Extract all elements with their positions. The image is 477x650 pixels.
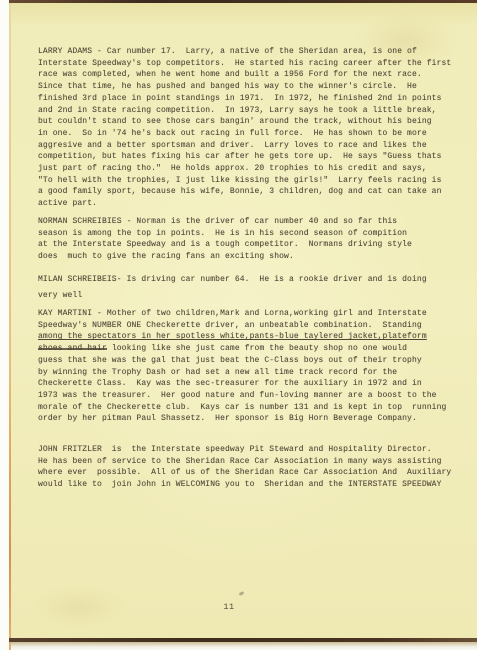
struck-text: shoes and hair — [38, 344, 107, 353]
page-left-edge — [9, 0, 11, 650]
text-line: very well — [38, 288, 458, 304]
text-line: competition, but hates fixing his car af… — [38, 151, 458, 163]
text-segment: looking like she just came from the beau… — [107, 344, 407, 353]
text-line: 1973 was the treasurer. Her good nature … — [38, 390, 458, 402]
text-line: Interstate Speedway's top competitors. H… — [38, 58, 458, 70]
text-line: by winning the Trophy Dash or had set a … — [38, 367, 458, 379]
text-line: race was completed, when he went home an… — [38, 69, 458, 81]
underlined-text: among the spectators in her spotless whi… — [38, 332, 427, 341]
text-line: MILAN SCHREIBEIS- Is driving car number … — [38, 272, 458, 288]
page-number: 11 — [9, 602, 449, 612]
paragraph-john-fritzler: JOHN FRITZLER is the Interstate speedway… — [38, 444, 458, 491]
text-line: among the spectators in her spotless whi… — [38, 331, 458, 343]
paper-page: LARRY ADAMS - Car number 17. Larry, a na… — [9, 2, 477, 639]
text-line: Since that time, he has pushed and bange… — [38, 81, 458, 93]
text-line: order by her pitman Paul Shassetz. Her s… — [38, 413, 458, 425]
paragraph-larry-adams: LARRY ADAMS - Car number 17. Larry, a na… — [38, 46, 458, 210]
text-line: Checkerette Class. Kay was the sec-treas… — [38, 378, 458, 390]
text-line: a good family sport, because his wife, B… — [38, 186, 458, 198]
text-line: and 2nd in State racing competition. In … — [38, 105, 458, 117]
text-line: NORMAN SCHREIBIES - Norman is the driver… — [38, 216, 458, 228]
text-line: aggresive and a better sportsman and dri… — [38, 140, 458, 152]
paragraph-kay-martini: KAY MARTINI - Mother of two children,Mar… — [38, 308, 458, 425]
text-line: does much to give the racing fans an exc… — [38, 251, 458, 263]
text-line: active part. — [38, 198, 458, 210]
scan-bottom-margin — [9, 642, 477, 650]
text-line: at the Interstate Speedway and is a toug… — [38, 239, 458, 251]
text-line: Speedway's NUMBER ONE Checkerette driver… — [38, 320, 458, 332]
text-line: guess that she was the gal that just bea… — [38, 355, 458, 367]
ink-smudge — [239, 591, 245, 596]
text-line: would like to join John in WELCOMING you… — [38, 479, 458, 491]
text-line: in one. So in '74 he's back out racing i… — [38, 128, 458, 140]
scan-left-margin — [0, 0, 9, 650]
text-line: JOHN FRITZLER is the Interstate speedway… — [38, 444, 458, 456]
paragraph-norman-schreibies: NORMAN SCHREIBIES - Norman is the driver… — [38, 216, 458, 263]
text-line: shoes and hair looking like she just cam… — [38, 343, 458, 355]
text-line: just part of racing tho." He holds appro… — [38, 163, 458, 175]
text-line: "To hell with the trophies, I just like … — [38, 175, 458, 187]
text-line: morale of the Checkerette club. Kays car… — [38, 402, 458, 414]
text-line: KAY MARTINI - Mother of two children,Mar… — [38, 308, 458, 320]
text-line: He has been of service to the Sheridan R… — [38, 456, 458, 468]
paragraph-milan-schreibeis: MILAN SCHREIBEIS- Is driving car number … — [38, 272, 458, 303]
text-line: where ever possible. All of us of the Sh… — [38, 467, 458, 479]
text-line: but couldn't stand to see those cars ban… — [38, 116, 458, 128]
text-line: LARRY ADAMS - Car number 17. Larry, a na… — [38, 46, 458, 58]
text-line: finished 3rd place in point standings in… — [38, 93, 458, 105]
text-line: season is among the top in points. He is… — [38, 228, 458, 240]
page-top-edge — [9, 0, 477, 3]
page-bottom-edge — [9, 638, 477, 642]
